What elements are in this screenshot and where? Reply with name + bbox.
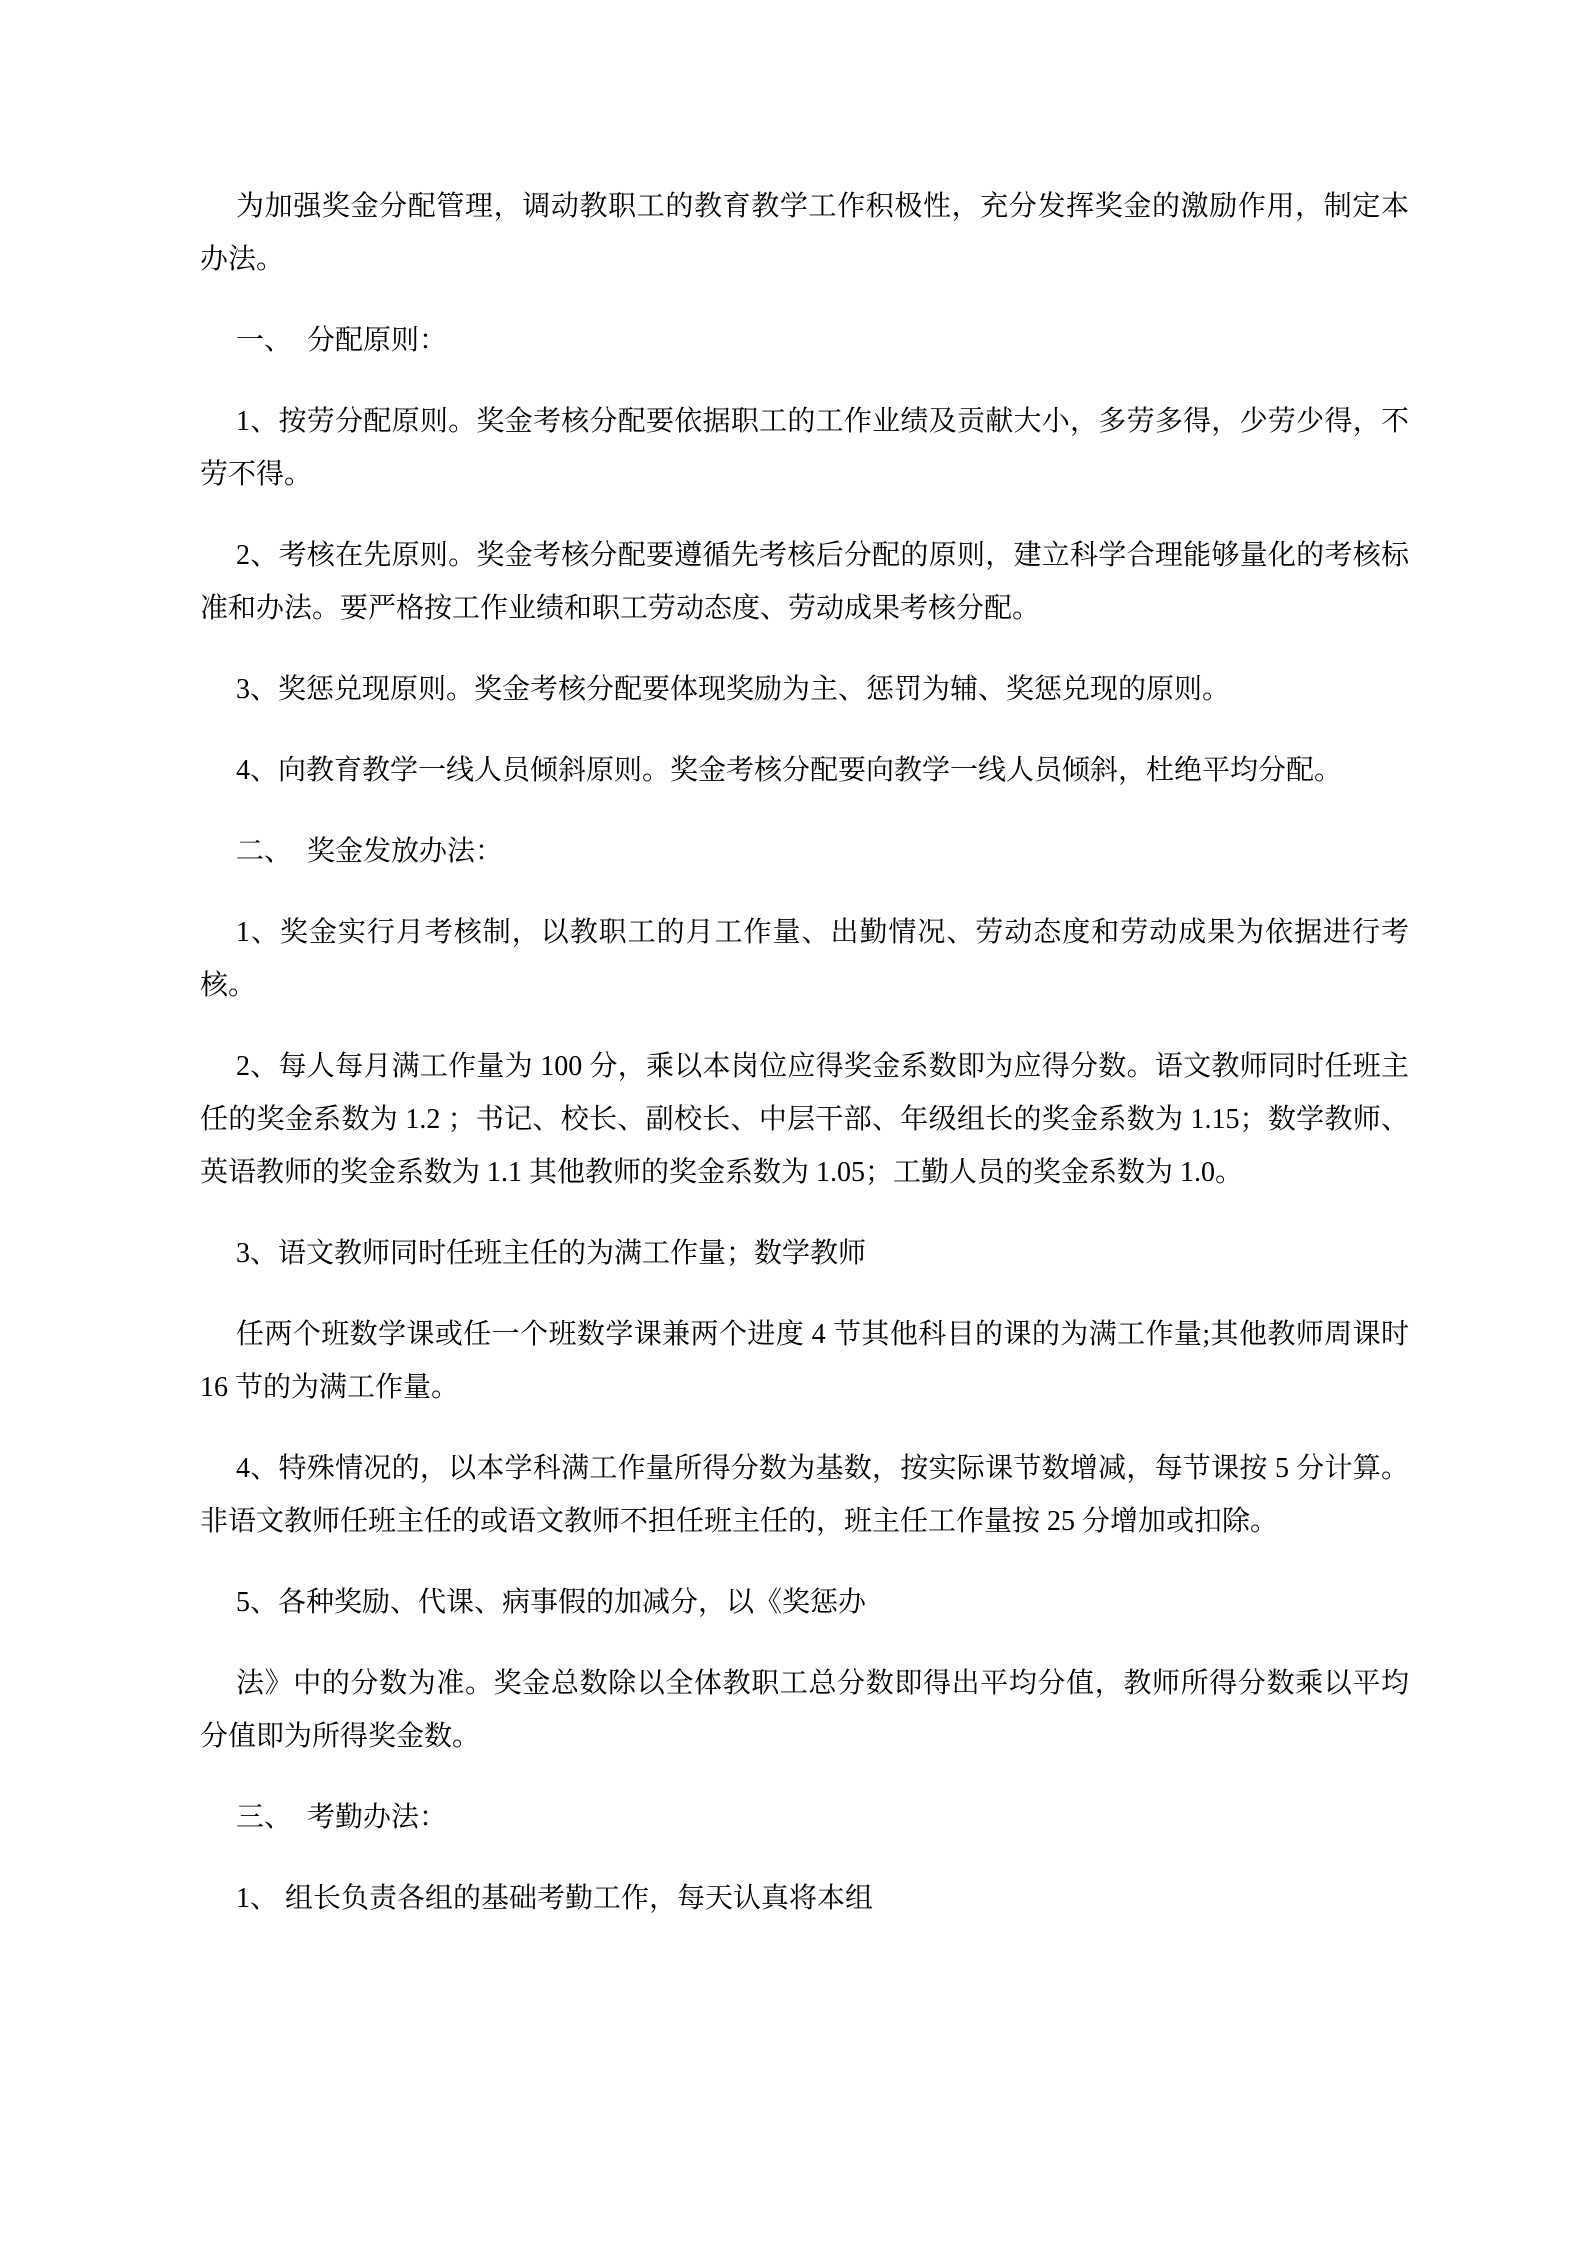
section-heading: 一、分配原则： — [200, 314, 1409, 367]
document-page: 为加强奖金分配管理，调动教职工的教育教学工作积极性，充分发挥奖金的激励作用，制定… — [0, 0, 1587, 2245]
section-heading: 二、奖金发放办法： — [200, 825, 1409, 878]
section-heading: 三、考勤办法： — [200, 1791, 1409, 1844]
paragraph: 4、特殊情况的，以本学科满工作量所得分数为基数，按实际课节数增减，每节课按 5 … — [200, 1442, 1409, 1548]
paragraph: 4、向教育教学一线人员倾斜原则。奖金考核分配要向教学一线人员倾斜，杜绝平均分配。 — [200, 744, 1409, 797]
paragraph: 为加强奖金分配管理，调动教职工的教育教学工作积极性，充分发挥奖金的激励作用，制定… — [200, 180, 1409, 286]
section-title: 分配原则： — [307, 325, 447, 356]
paragraph: 3、语文教师同时任班主任的为满工作量；数学教师 — [200, 1227, 1409, 1280]
paragraph: 3、奖惩兑现原则。奖金考核分配要体现奖励为主、惩罚为辅、奖惩兑现的原则。 — [200, 663, 1409, 716]
paragraph: 任两个班数学课或任一个班数学课兼两个进度 4 节其他科目的课的为满工作量;其他教… — [200, 1308, 1409, 1414]
section-title: 奖金发放办法： — [307, 836, 503, 867]
document-body: 为加强奖金分配管理，调动教职工的教育教学工作积极性，充分发挥奖金的激励作用，制定… — [200, 180, 1409, 1925]
paragraph: 5、各种奖励、代课、病事假的加减分，以《奖惩办 — [200, 1576, 1409, 1629]
paragraph: 1、奖金实行月考核制，以教职工的月工作量、出勤情况、劳动态度和劳动成果为依据进行… — [200, 906, 1409, 1012]
section-number: 一、 — [236, 325, 292, 356]
paragraph: 1、 组长负责各组的基础考勤工作，每天认真将本组 — [200, 1872, 1409, 1925]
section-title: 考勤办法： — [307, 1802, 447, 1833]
section-number: 三、 — [236, 1802, 292, 1833]
paragraph: 2、考核在先原则。奖金考核分配要遵循先考核后分配的原则，建立科学合理能够量化的考… — [200, 529, 1409, 635]
paragraph: 2、每人每月满工作量为 100 分，乘以本岗位应得奖金系数即为应得分数。语文教师… — [200, 1040, 1409, 1199]
section-number: 二、 — [236, 836, 292, 867]
paragraph: 1、按劳分配原则。奖金考核分配要依据职工的工作业绩及贡献大小，多劳多得，少劳少得… — [200, 395, 1409, 501]
paragraph: 法》中的分数为准。奖金总数除以全体教职工总分数即得出平均分值，教师所得分数乘以平… — [200, 1657, 1409, 1763]
